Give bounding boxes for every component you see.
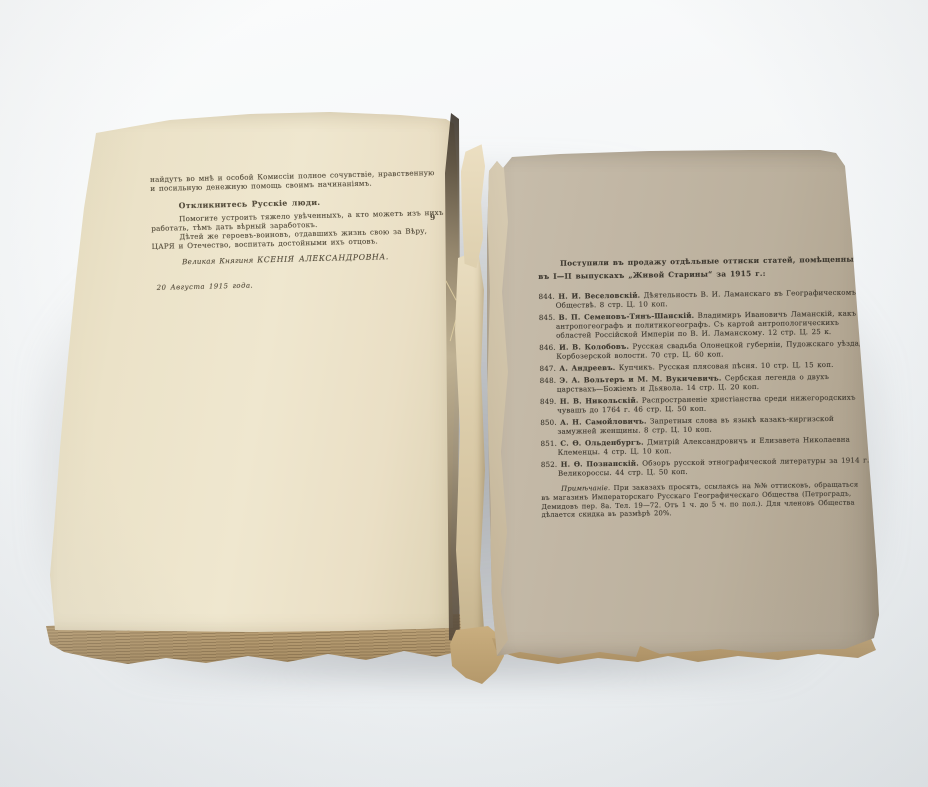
right-page-text: Поступили въ продажу отдѣльные оттиски с… — [538, 253, 872, 527]
offprint-list: 844. Н. И. Веселовскій. Дѣятельность В. … — [538, 287, 871, 478]
item-number: 851. — [541, 439, 558, 448]
photo-background: найдутъ во мнѣ и особой Комиссіи полное … — [0, 0, 928, 787]
note-label: Примѣчаніе. — [561, 484, 610, 493]
item-number: 847. — [539, 364, 556, 373]
offprint-item: 848. Э. А. Вольтеръ и М. М. Вукичевичъ. … — [540, 371, 870, 394]
left-page: найдутъ во мнѣ и особой Комиссіи полное … — [40, 108, 465, 643]
offprint-item: 845. В. П. Семеновъ-Тянъ-Шанскій. Владим… — [539, 308, 869, 340]
right-page: Поступили въ продажу отдѣльные оттиски с… — [480, 140, 885, 670]
offprint-item: 844. Н. И. Веселовскій. Дѣятельность В. … — [538, 287, 868, 310]
item-number: 848. — [540, 376, 557, 385]
offprint-item: 846. И. В. Колобовъ. Русская свадьба Оло… — [539, 338, 869, 361]
offprint-item: 850. А. Н. Самойловичъ. Запретныя слова … — [540, 413, 870, 436]
item-number: 844. — [538, 292, 555, 301]
offprint-item: 852. Н. Ѳ. Познанскій. Обзоръ русской эт… — [541, 455, 871, 478]
item-number: 846. — [539, 343, 556, 352]
offprints-header: Поступили въ продажу отдѣльные оттиски с… — [538, 253, 868, 283]
signature-line: Великая Княгиня КСЕНІЯ АЛЕКСАНДРОВНА. — [152, 251, 457, 267]
signature-name: КСЕНІЯ АЛЕКСАНДРОВНА. — [257, 252, 389, 264]
item-number: 852. — [541, 460, 558, 469]
note-paragraph: Примѣчаніе. При заказахъ просятъ, ссылая… — [541, 481, 859, 521]
item-author: А. Андреевъ. — [559, 363, 615, 373]
offprint-item: 849. Н. В. Никольскій. Распространеніе х… — [540, 392, 870, 415]
offprint-item: 851. С. Ѳ. Ольденбургъ. Дмитрій Александ… — [541, 434, 871, 457]
signature-title: Великая Княгиня — [182, 255, 254, 266]
page-number: 9 — [430, 213, 435, 222]
date-line: 20 Августа 1915 года. — [153, 277, 458, 293]
left-page-text: найдутъ во мнѣ и особой Комиссіи полное … — [150, 169, 458, 294]
item-number: 849. — [540, 397, 557, 406]
item-title: Купчикъ. Русская плясовая пѣсня. 10 стр.… — [619, 360, 834, 372]
item-number: 850. — [540, 418, 557, 427]
item-number: 845. — [539, 313, 556, 322]
offprint-item: 847. А. Андреевъ. Купчикъ. Русская плясо… — [539, 359, 869, 373]
